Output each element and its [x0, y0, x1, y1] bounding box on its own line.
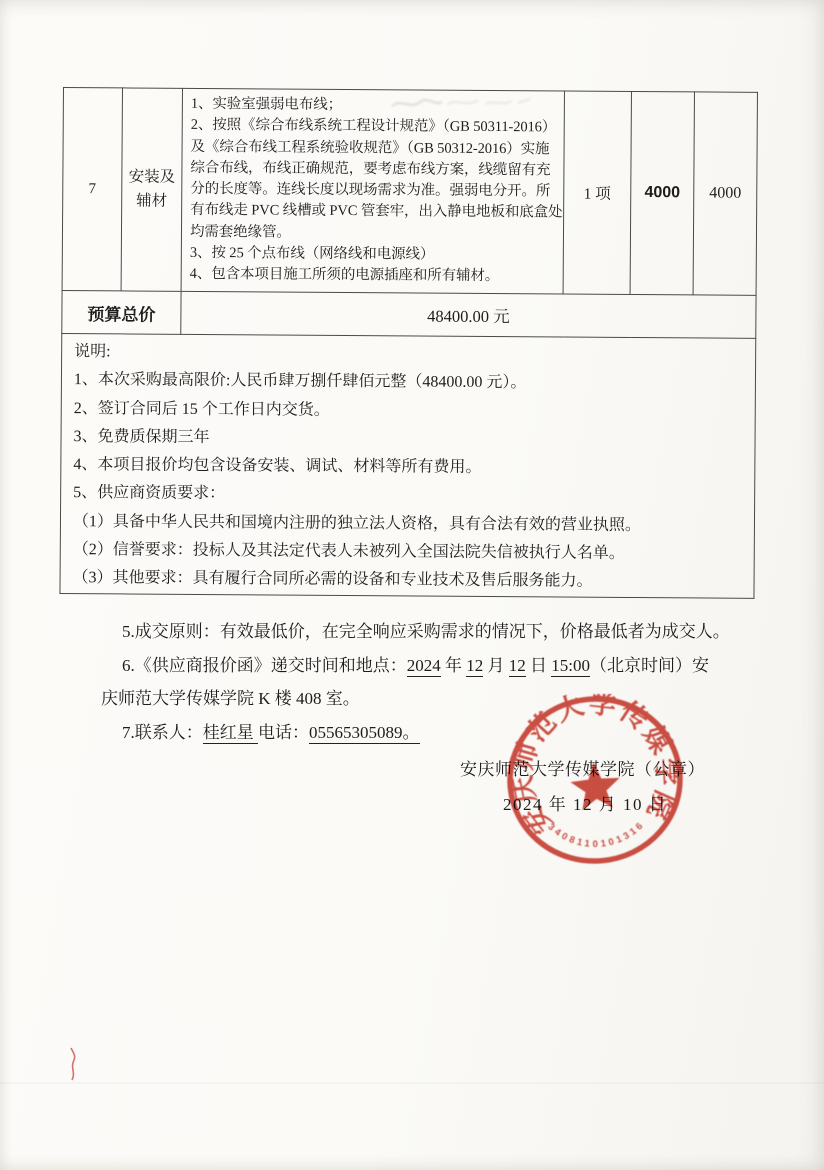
item-name-cell: 安装及辅材	[121, 88, 182, 291]
text-line: 安装及	[122, 165, 181, 189]
text-segment: （北京时间）安	[590, 656, 709, 675]
seal-serial-textpath: 3408110101316	[545, 814, 647, 855]
underlined-value: 12	[466, 656, 483, 677]
text-segment: 电话：	[258, 723, 309, 742]
underlined-value: 12	[509, 656, 526, 677]
notes-cell: 说明: 1、本次采购最高限价:人民币肆万捌仟肆佰元整（48400.00 元）。2…	[60, 333, 756, 598]
item-no-cell: 7	[62, 88, 122, 291]
underlined-value: 15:00	[551, 656, 590, 677]
table-row-budget: 预算总价 48400.00 元	[62, 290, 756, 338]
item-unit-price-cell: 4000	[630, 91, 694, 294]
text-segment: 5.成交原则：有效最低价，在完全响应采购需求的情况下，价格最低者为成交人。	[122, 622, 730, 641]
text-segment: 月	[483, 656, 509, 675]
paper-crease	[0, 1082, 824, 1084]
text-line: （3）其他要求：具有履行合同所必需的设备和专业技术及售后服务能力。	[72, 564, 741, 597]
text-line: 辅材	[122, 189, 181, 213]
text-line: 5、供应商资质要求：	[73, 480, 742, 513]
item-qty-cell: 1 项	[563, 91, 631, 294]
official-seal-stamp: 安庆师范大学传媒学院 3408110101316	[503, 694, 687, 866]
underlined-value: 05565305089。	[309, 723, 420, 744]
paragraph-6-line1: 6.《供应商报价函》递交时间和地点：2024 年 12 月 12 日 15:00…	[101, 653, 741, 678]
table-row-notes: 说明: 1、本次采购最高限价:人民币肆万捌仟肆佰元整（48400.00 元）。2…	[60, 333, 756, 598]
notes-list: 1、本次采购最高限价:人民币肆万捌仟肆佰元整（48400.00 元）。2、签订合…	[72, 366, 743, 597]
text-segment: 年	[441, 656, 467, 675]
red-pen-mark	[62, 1046, 82, 1086]
procurement-table: 7 安装及辅材 1、实验室强弱电布线；2、按照《综合布线系统工程设计规范》（GB…	[59, 87, 758, 599]
scanned-document-page: 7 安装及辅材 1、实验室强弱电布线；2、按照《综合布线系统工程设计规范》（GB…	[0, 0, 824, 1170]
text-segment: 7.联系人：	[122, 723, 203, 742]
text-line: 1、本次采购最高限价:人民币肆万捌仟肆佰元整（48400.00 元）。	[74, 366, 743, 399]
item-total-cell: 4000	[693, 92, 757, 295]
seal-serial-text: 3408110101316	[545, 814, 647, 855]
text-line: 2、签订合同后 15 个工作日内交货。	[74, 395, 743, 428]
text-line: 及《综合布线工程系统验收规范》（GB 50312-2016）实施	[191, 136, 556, 160]
text-line: 均需套绝缘管。	[190, 222, 555, 246]
paragraph-5: 5.成交原则：有效最低价，在完全响应采购需求的情况下，价格最低者为成交人。	[101, 619, 741, 644]
seal-group: 安庆师范大学传媒学院 3408110101316	[503, 694, 687, 866]
text-segment: 日	[526, 656, 552, 675]
text-segment: 6.《供应商报价函》递交时间和地点：	[122, 656, 407, 675]
quotation-table: 7 安装及辅材 1、实验室强弱电布线；2、按照《综合布线系统工程设计规范》（GB…	[59, 87, 758, 599]
budget-total-label: 预算总价	[62, 290, 181, 334]
pencil-smudge-mark	[388, 90, 538, 120]
underlined-value: 桂红星	[203, 723, 258, 744]
underlined-value: 2024	[407, 656, 441, 677]
text-line: 3、按 25 个点布线（网络线和电源线）	[190, 243, 555, 267]
text-line: 有布线走 PVC 线槽或 PVC 管套牢，出入静电地板和底盒处	[190, 200, 555, 224]
text-line: 4、包含本项目施工所须的电源插座和所有辅材。	[190, 264, 555, 288]
text-line: 分的长度等。连线长度以现场需求为准。强弱电分开。所	[190, 179, 555, 203]
star-icon	[569, 760, 622, 811]
text-segment: 庆师范大学传媒学院 K 楼 408 室。	[101, 689, 360, 708]
budget-total-value: 48400.00 元	[181, 291, 756, 338]
text-line: 综合布线，布线正确规范，要考虑布线方案，线缆留有充	[190, 158, 555, 182]
